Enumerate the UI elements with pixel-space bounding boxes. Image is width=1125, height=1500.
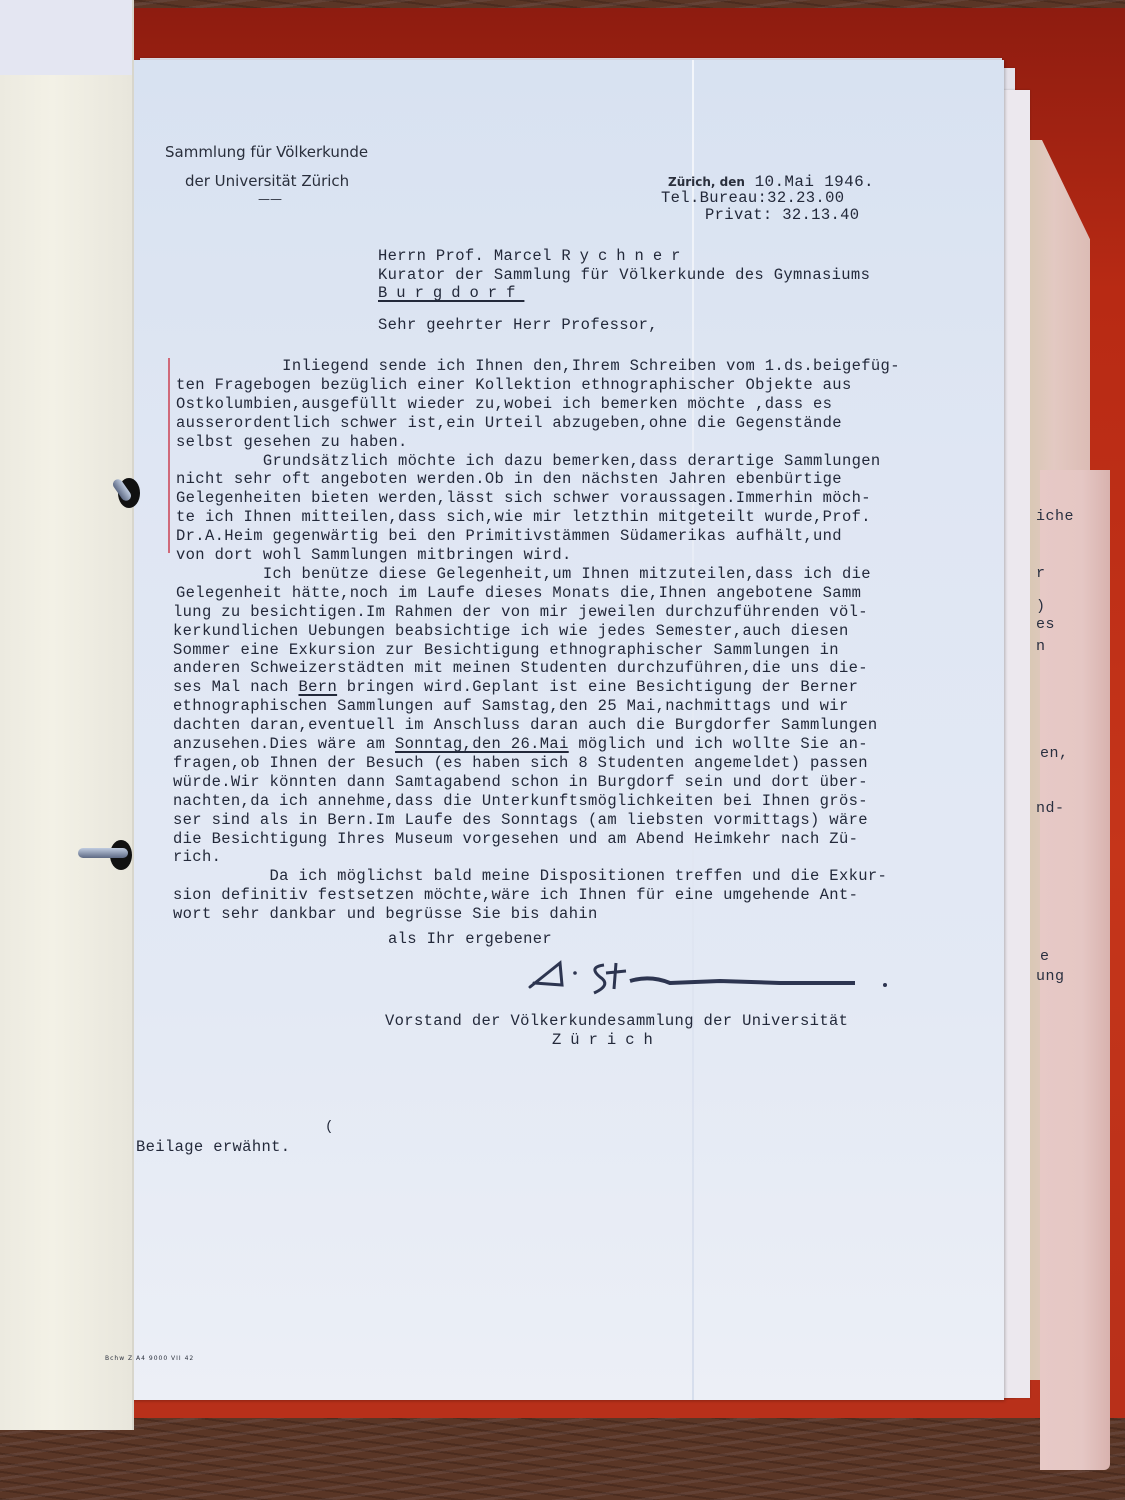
body-line: ser sind als in Bern.Im Laufe des Sonnta… [173,811,868,830]
side-fragment: n [1036,638,1046,655]
letterhead-rule: —— [258,192,282,206]
enclosure-note: Beilage erwähnt. [136,1138,290,1157]
body-line: die Besichtigung Ihres Museum vorgesehen… [173,830,858,849]
recipient-city: Burgdorf [378,284,524,303]
body-line: lung zu besichtigen.Im Rahmen der von mi… [173,603,868,622]
handwritten-signature [520,955,900,1000]
side-fragment: es [1036,616,1055,633]
body-line: Ich benütze diese Gelegenheit,um Ihnen m… [176,565,871,584]
body-line: ses Mal nach Bern bringen wird.Geplant i… [173,678,858,697]
letterhead-line2: der Universität Zürich [185,172,349,190]
binder-left-page [0,0,134,1430]
letterhead-line1: Sammlung für Völkerkunde [165,143,368,161]
side-fragment: nd- [1036,800,1065,817]
body-line: ausserordentlich schwer ist,ein Urteil a… [176,414,842,433]
body-line: ten Fragebogen bezüglich einer Kollektio… [176,376,852,395]
body-line: dachten daran,eventuell im Anschluss dar… [173,716,878,735]
side-fragment: r [1036,565,1046,582]
binder-ring [78,848,128,858]
signature-title-line1: Vorstand der Völkerkundesammlung der Uni… [385,1012,848,1031]
closing: als Ihr ergebener [388,930,552,949]
tel-bureau: Tel.Bureau:32.23.00 [661,189,844,208]
body-line: würde.Wir könnten dann Samtagabend schon… [173,773,868,792]
signature-title-line2: Zürich [552,1031,662,1050]
recipient-line1: Herrn Prof. Marcel Rychner [378,247,689,266]
tel-privat: Privat: 32.13.40 [705,206,859,225]
body-line: fragen,ob Ihnen der Besuch (es haben sic… [173,754,868,773]
date-place: Zürich, den [668,175,745,189]
body-line: kerkundlichen Uebungen beabsichtige ich … [173,622,849,641]
body-line: anzusehen.Dies wäre am Sonntag,den 26.Ma… [173,735,868,754]
binder-left-page-edge [0,0,132,75]
body-line: ethnographischen Sammlungen auf Samstag,… [173,697,849,716]
body-line: selbst gesehen zu haben. [176,433,408,452]
body-line: sion definitiv festsetzen möchte,wäre ic… [173,886,858,905]
side-fragment: iche [1036,508,1074,525]
body-line: Gelegenheiten bieten werden,lässt sich s… [176,489,871,508]
side-fragment: en, [1040,745,1069,762]
body-line: Inliegend sende ich Ihnen den,Ihrem Schr… [176,357,900,376]
body-line: rich. [173,848,221,867]
side-fragment: ) [1036,598,1046,615]
body-line: von dort wohl Sammlungen mitbringen wird… [176,546,572,565]
body-line: Gelegenheit hätte,noch im Laufe dieses M… [176,584,861,603]
body-line: Grundsätzlich möchte ich dazu bemerken,d… [176,452,881,471]
form-code: Bchw Z A4 9000 VII 42 [105,1355,194,1362]
margin-mark [168,358,170,553]
body-line: Da ich möglichst bald meine Dispositione… [173,867,887,886]
recipient-line2: Kurator der Sammlung für Völkerkunde des… [378,266,870,285]
salutation: Sehr geehrter Herr Professor, [378,316,658,335]
side-fragment: e [1040,948,1050,965]
body-line: Ostkolumbien,ausgefüllt wieder zu,wobei … [176,395,832,414]
body-line: nicht sehr oft angeboten werden.Ob in de… [176,470,842,489]
body-line: wort sehr dankbar und begrüsse Sie bis d… [173,905,598,924]
side-fragment: ung [1036,968,1065,985]
body-line: nachten,da ich annehme,dass die Unterkun… [173,792,868,811]
body-line: Sommer eine Exkursion zur Besichtigung e… [173,641,839,660]
body-line: Dr.A.Heim gegenwärtig bei den Primitivst… [176,527,842,546]
body-line: anderen Schweizerstädten mit meinen Stud… [173,659,868,678]
recipient-prefix: Herrn Prof. Marcel [378,247,552,265]
body-line: te ich Ihnen mitteilen,dass sich,wie mir… [176,508,871,527]
recipient-name: Rychner [561,247,689,265]
pen-mark: ( [325,1118,334,1137]
